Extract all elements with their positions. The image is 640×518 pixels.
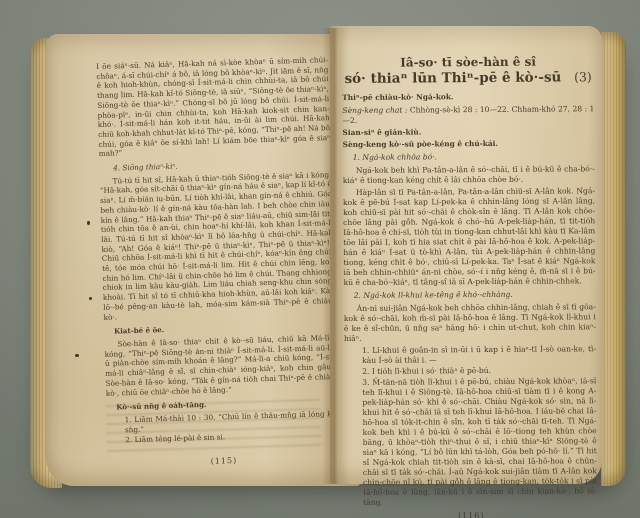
right-list-item-2: 2. I tio̍h lī-khui i só· thiàⁿ ê pē-bú. bbox=[358, 365, 596, 377]
background-heading: Sèng-keng kò·-sū pòe-kéng ê chú-kái. bbox=[343, 138, 595, 150]
ink-speck bbox=[89, 297, 92, 300]
left-page: I ōe siáⁿ-sū. Ná kiâⁿ, Hā-kah ná sì-kòe … bbox=[46, 34, 360, 486]
right-paragraph-1: Ngá-kok beh khì Pa-tân-a-lân ê só·-chāi,… bbox=[343, 164, 595, 186]
right-paragraph-3: Án-ni sui-jiân Ngá-kok beh chhōa chhin-l… bbox=[344, 302, 596, 344]
scripture-reference: Sèng-keng chat : Chhòng-sè-kì 28 : 10—22… bbox=[342, 104, 594, 126]
left-page-number: (115) bbox=[108, 453, 340, 470]
chapter-number: (3) bbox=[574, 69, 592, 84]
chapter-title-line-1: Iâ-so· tī sòe-hàn ê sî bbox=[342, 54, 594, 70]
page-stack-edge-right bbox=[601, 32, 626, 486]
left-paragraph-1: I ōe siáⁿ-sū. Ná kiâⁿ, Hā-kah ná sì-kòe … bbox=[96, 55, 331, 159]
right-page-text: Iâ-so· tī sòe-hàn ê sî só· thiaⁿ lūn Thi… bbox=[342, 54, 597, 518]
section-2-heading: 2. Ngá-kok lī-khui ke-têng ê khó·-chhàng… bbox=[354, 289, 596, 301]
chapter-title-text: só· thiaⁿ lūn Thiⁿ-pē ê kò·-sū bbox=[344, 69, 561, 87]
right-subtitle: Thiⁿ-pē chiàu-kò· Ngá-kok. bbox=[342, 91, 594, 103]
left-paragraph-3: Sòe-hàn ê Iâ-so· thiaⁿ chit ê kò·-sū liá… bbox=[104, 333, 338, 398]
book-gutter-shadow bbox=[322, 28, 348, 484]
chapter-title-line-2: só· thiaⁿ lūn Thiⁿ-pē ê kò·-sū (3) bbox=[342, 69, 594, 87]
scripture-label: Sèng-keng chat : bbox=[342, 106, 407, 115]
left-page-text: I ōe siáⁿ-sū. Ná kiâⁿ, Hā-kah ná sì-kòe … bbox=[96, 55, 340, 469]
section-1-heading: 1. Ngá-kok chhōa bó·. bbox=[353, 151, 595, 163]
left-paragraph-2: Tú-tú tī hit sî, Hā-kah ū thiaⁿ-tio̍h Si… bbox=[99, 170, 335, 322]
right-page: Iâ-so· tī sòe-hàn ê sî só· thiaⁿ lūn Thi… bbox=[330, 26, 602, 484]
ink-speck bbox=[75, 354, 79, 357]
open-book: I ōe siáⁿ-sū. Ná kiâⁿ, Hā-kah ná sì-kòe … bbox=[30, 12, 626, 494]
right-page-number: (116) bbox=[345, 510, 597, 518]
right-list-item-3: 3. M̄-tān-nā tio̍h lī-khui i ê pē-bú, ch… bbox=[358, 376, 597, 508]
right-paragraph-2: Ha̍p-lân sī tī Pa-tân-a-lân, Pa-tân-a-lâ… bbox=[343, 186, 596, 288]
study-heading: Sian-siⁿ ê gián-kiù. bbox=[343, 126, 595, 138]
right-list-item-1: 1. Lī-khui ê goân-in sī in-ūi i ū kap i … bbox=[358, 344, 596, 366]
ink-speck bbox=[87, 221, 90, 225]
